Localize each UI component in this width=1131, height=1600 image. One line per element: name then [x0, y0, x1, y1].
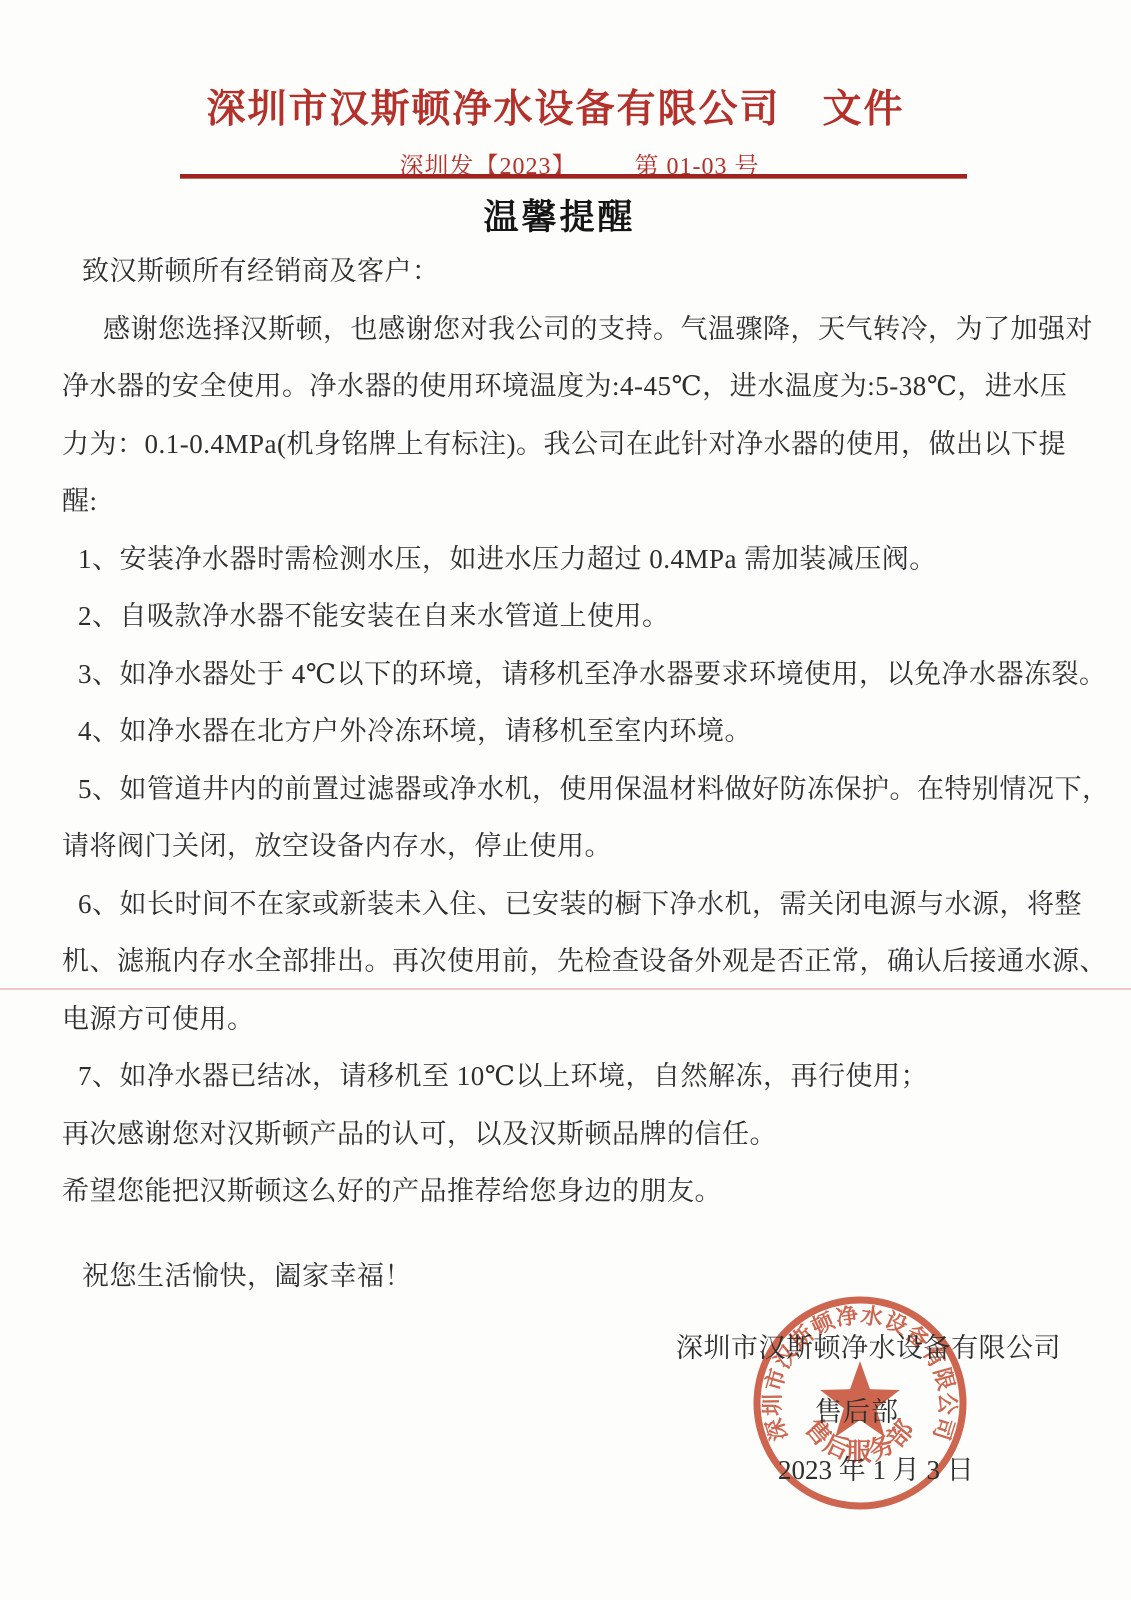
body-line: 机、滤瓶内存水全部排出。再次使用前，先检查设备外观是否正常，确认后接通水源、 — [62, 933, 1067, 991]
letterhead-title: 深圳市汉斯顿净水设备有限公司 文件 — [0, 78, 1111, 134]
document-page: 深圳市汉斯顿净水设备有限公司 文件 深圳发【2023】 第 01-03 号 温馨… — [0, 0, 1131, 1600]
body-line: 感谢您选择汉斯顿，也感谢您对我公司的支持。气温骤降，天气转冷，为了加强对 — [62, 301, 1067, 359]
body-line: 净水器的安全使用。净水器的使用环境温度为:4-45℃，进水温度为:5-38℃，进… — [62, 358, 1067, 416]
body-line: 力为：0.1-0.4MPa(机身铭牌上有标注)。我公司在此针对净水器的使用，做出… — [62, 416, 1067, 474]
body-paragraphs: 致汉斯顿所有经销商及客户：感谢您选择汉斯顿，也感谢您对我公司的支持。气温骤降，天… — [62, 243, 1067, 1305]
body-line: 再次感谢您对汉斯顿产品的认可，以及汉斯顿品牌的信任。 — [62, 1106, 1067, 1164]
letterhead-company-name: 深圳市汉斯顿净水设备有限公司 — [206, 78, 780, 134]
body-line: 5、如管道井内的前置过滤器或净水机，使用保温材料做好防冻保护。在特别情况下， — [62, 761, 1067, 819]
body-line: 醒: — [62, 473, 1067, 531]
signature-department: 售后部 — [815, 1390, 899, 1429]
body-line: 希望您能把汉斯顿这么好的产品推荐给您身边的朋友。 — [62, 1163, 1067, 1221]
body-line: 3、如净水器处于 4℃以下的环境，请移机至净水器要求环境使用，以免净水器冻裂。 — [62, 646, 1067, 704]
body-line: 请将阀门关闭，放空设备内存水，停止使用。 — [62, 818, 1067, 876]
body-line: 电源方可使用。 — [62, 991, 1067, 1049]
body-line: 1、安装净水器时需检测水压，如进水压力超过 0.4MPa 需加装减压阀。 — [62, 531, 1067, 589]
body-line: 致汉斯顿所有经销商及客户： — [62, 243, 1067, 301]
body-line: 7、如净水器已结冰，请移机至 10℃以上环境，自然解冻，再行使用； — [62, 1048, 1067, 1106]
letterhead-divider-rule — [180, 174, 967, 179]
body-line: 2、自吸款净水器不能安装在自来水管道上使用。 — [62, 588, 1067, 646]
body-line: 4、如净水器在北方户外冷冻环境，请移机至室内环境。 — [62, 703, 1067, 761]
notice-title: 温馨提醒 — [0, 190, 1119, 240]
body-line: 6、如长时间不在家或新装未入住、已安装的橱下净水机，需关闭电源与水源，将整 — [62, 876, 1067, 934]
scan-artifact-line — [0, 988, 1131, 990]
signature-company: 深圳市汉斯顿净水设备有限公司 — [676, 1326, 1061, 1365]
signature-date: 2023 年 1 月 3 日 — [778, 1448, 974, 1487]
letterhead-doc-word: 文件 — [823, 78, 905, 134]
